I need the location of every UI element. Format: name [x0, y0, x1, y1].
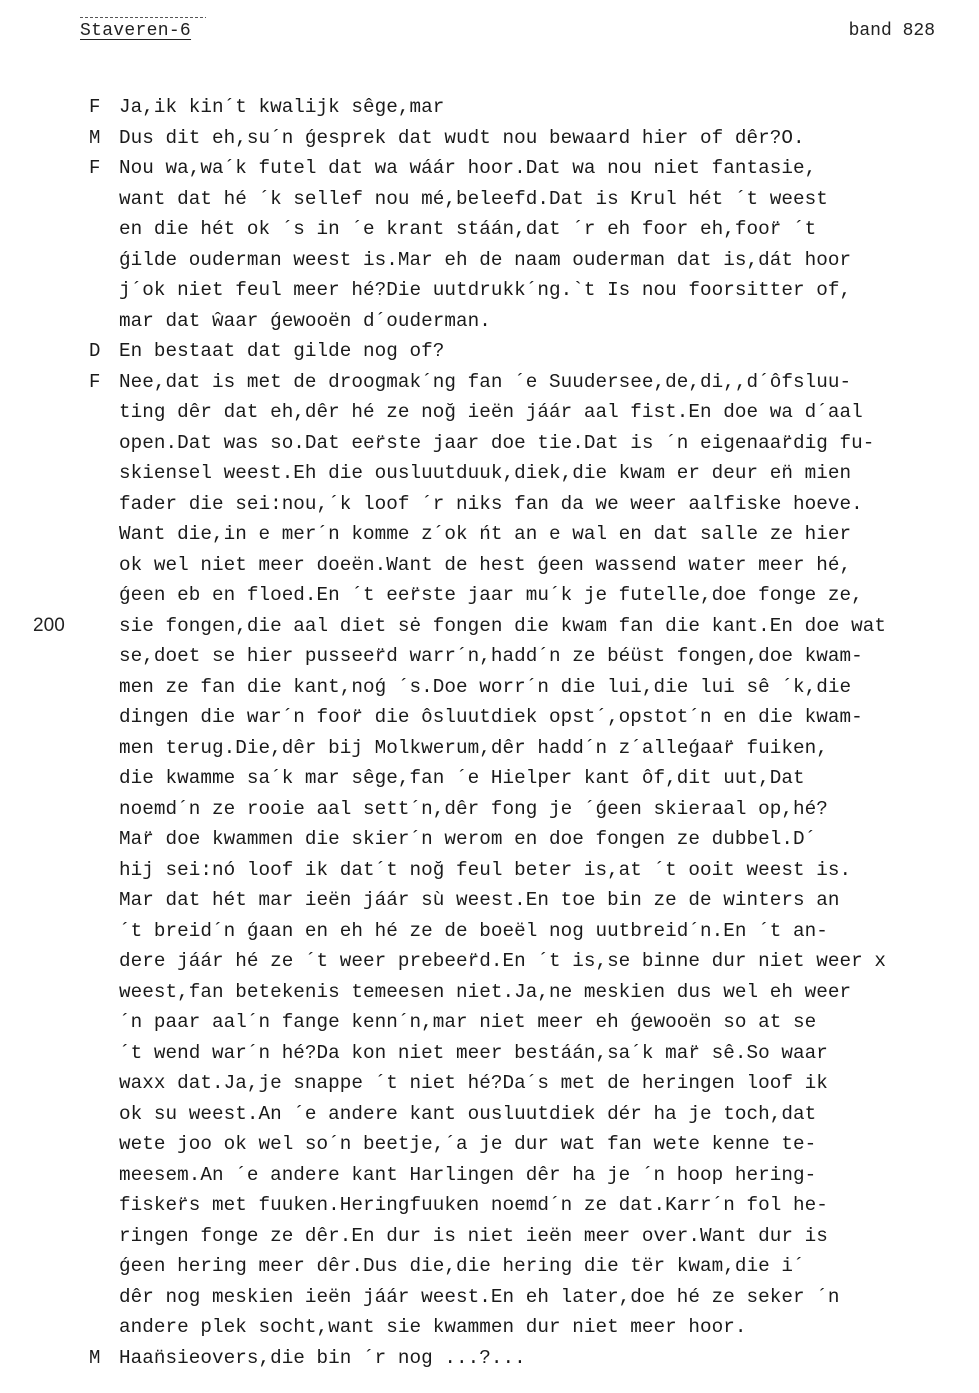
line-text: ǵilde ouderman weest is.Mar eh de naam o… [119, 245, 851, 276]
transcript-line: Mar dat hét mar ieën jáár sù weest.En to… [0, 885, 979, 916]
transcript-line: ting dêr dat eh,dêr hé ze noğ ieën jáár … [0, 397, 979, 428]
transcript-line: Want die,in e mer´n komme z´ok ńt an e w… [0, 519, 979, 550]
transcript-line: ǵeen eb en floed.En ´t eer̈ste jaar mu´k… [0, 580, 979, 611]
speaker-label: F [89, 153, 100, 184]
typewritten-transcript-page: Staveren-6 band 828 FJa,ik kin´t kwalijk… [0, 0, 979, 1393]
line-text: j´ok niet feul meer hé?Die uutdrukk´ng.`… [119, 275, 851, 306]
line-text: open.Dat was so.Dat eer̈ste jaar doe tie… [119, 428, 874, 459]
line-text: dingen die war´n foor̈ die ôsluutdiek op… [119, 702, 863, 733]
transcript-line: waxx dat.Ja,je snappe ´t niet hé?Da´s me… [0, 1068, 979, 1099]
line-text: die kwamme sa´k mar sêge,fan ´e Hielper … [119, 763, 805, 794]
line-text: ´t wend war´n hé?Da kon niet meer bestáá… [119, 1038, 828, 1069]
line-text: En bestaat dat gilde nog of? [119, 336, 444, 367]
line-text: Haan̈sieovers,die bin ´r nog ...?... [119, 1343, 526, 1374]
line-text: fader die sei:nou,´k loof ´r niks fan da… [119, 489, 863, 520]
transcript-line: noemd´n ze rooie aal sett´n,dêr fong je … [0, 794, 979, 825]
speaker-label: M [89, 123, 100, 154]
transcript-line: fisker̈s met fuuken.Heringfuuken noemd´n… [0, 1190, 979, 1221]
line-text: ringen fonge ze dêr.En dur is niet ieën … [119, 1221, 828, 1252]
line-text: meesem.An ´e andere kant Harlingen dêr h… [119, 1160, 816, 1191]
speaker-label: M [89, 1343, 100, 1374]
transcript-body: FJa,ik kin´t kwalijk sêge,marMDus dit eh… [0, 92, 979, 1373]
transcript-line: mar dat ŵaar ǵewooën d´ouderman. [0, 306, 979, 337]
transcript-line: dingen die war´n foor̈ die ôsluutdiek op… [0, 702, 979, 733]
line-text: men ze fan die kant,noǵ ´s.Doe worr´n di… [119, 672, 851, 703]
line-text: ok wel niet meer doeën.Want de hest ǵeen… [119, 550, 851, 581]
transcript-line: FNee,dat is met de droogmak´ng fan ´e Su… [0, 367, 979, 398]
line-text: Mar dat hét mar ieën jáár sù weest.En to… [119, 885, 839, 916]
transcript-line: MDus dit eh,su´n ǵesprek dat wudt nou be… [0, 123, 979, 154]
line-text: mar dat ŵaar ǵewooën d´ouderman. [119, 306, 491, 337]
line-text: Mar̈ doe kwammen die skier´n werom en do… [119, 824, 816, 855]
line-text: ´t breid´n ǵaan en eh hé ze de boeël nog… [119, 916, 828, 947]
line-text: fisker̈s met fuuken.Heringfuuken noemd´n… [119, 1190, 828, 1221]
line-text: ting dêr dat eh,dêr hé ze noğ ieën jáár … [119, 397, 863, 428]
line-text: want dat hé ´k sellef nou mé,beleefd.Dat… [119, 184, 828, 215]
line-text: dere jáár hé ze ´t weer prebeer̈d.En ´t … [119, 946, 886, 977]
transcript-line: se,doet se hier pusseer̈d warr´n,hadd´n … [0, 641, 979, 672]
line-text: andere plek socht,want sie kwammen dur n… [119, 1312, 747, 1343]
transcript-line: j´ok niet feul meer hé?Die uutdrukk´ng.`… [0, 275, 979, 306]
transcript-line: FNou wa,wa´k futel dat wa wáár hoor.Dat … [0, 153, 979, 184]
speaker-label: D [89, 336, 100, 367]
transcript-line: fader die sei:nou,´k loof ´r niks fan da… [0, 489, 979, 520]
line-text: men terug.Die,dêr bij Molkwerum,dêr hadd… [119, 733, 828, 764]
line-text: weest,fan betekenis temeesen niet.Ja,ne … [119, 977, 851, 1008]
line-text: skiensel weest.Eh die ousluutduuk,diek,d… [119, 458, 851, 489]
transcript-line: men terug.Die,dêr bij Molkwerum,dêr hadd… [0, 733, 979, 764]
transcript-line: ok su weest.An ´e andere kant ousluutdie… [0, 1099, 979, 1130]
transcript-line: men ze fan die kant,noǵ ´s.Doe worr´n di… [0, 672, 979, 703]
transcript-line: Mar̈ doe kwammen die skier´n werom en do… [0, 824, 979, 855]
tape-band-number: band 828 [849, 21, 935, 41]
transcript-line: hij sei:nó loof ik dat´t noğ feul beter … [0, 855, 979, 886]
line-text: se,doet se hier pusseer̈d warr´n,hadd´n … [119, 641, 863, 672]
line-text: Ja,ik kin´t kwalijk sêge,mar [119, 92, 444, 123]
line-text: Nou wa,wa´k futel dat wa wáár hoor.Dat w… [119, 153, 816, 184]
speaker-label: F [89, 92, 100, 123]
transcript-line: ´t wend war´n hé?Da kon niet meer bestáá… [0, 1038, 979, 1069]
transcript-line: 200sie fongen,die aal diet sė fongen die… [0, 611, 979, 642]
line-text: ǵeen eb en floed.En ´t eer̈ste jaar mu´k… [119, 580, 863, 611]
transcript-line: skiensel weest.Eh die ousluutduuk,diek,d… [0, 458, 979, 489]
line-text: ´n paar aal´n fange kenn´n,mar niet meer… [119, 1007, 816, 1038]
line-text: en die hét ok ´s in ´e krant stáán,dat ´… [119, 214, 816, 245]
line-text: Dus dit eh,su´n ǵesprek dat wudt nou bew… [119, 123, 805, 154]
line-text: ok su weest.An ´e andere kant ousluutdie… [119, 1099, 816, 1130]
transcript-line: dere jáár hé ze ´t weer prebeer̈d.En ´t … [0, 946, 979, 977]
line-text: ǵeen hering meer dêr.Dus die,die hering … [119, 1251, 805, 1282]
transcript-line: meesem.An ´e andere kant Harlingen dêr h… [0, 1160, 979, 1191]
transcript-line: MHaan̈sieovers,die bin ´r nog ...?... [0, 1343, 979, 1374]
transcript-line: ǵilde ouderman weest is.Mar eh de naam o… [0, 245, 979, 276]
transcript-line: want dat hé ´k sellef nou mé,beleefd.Dat… [0, 184, 979, 215]
line-text: dêr nog meskien ieën jáár weest.En eh la… [119, 1282, 839, 1313]
transcript-line: ringen fonge ze dêr.En dur is niet ieën … [0, 1221, 979, 1252]
transcript-line: DEn bestaat dat gilde nog of? [0, 336, 979, 367]
transcript-line: dêr nog meskien ieën jáár weest.En eh la… [0, 1282, 979, 1313]
line-text: hij sei:nó loof ik dat´t noğ feul beter … [119, 855, 851, 886]
transcript-line: en die hét ok ´s in ´e krant stáán,dat ´… [0, 214, 979, 245]
line-text: noemd´n ze rooie aal sett´n,dêr fong je … [119, 794, 828, 825]
transcript-line: andere plek socht,want sie kwammen dur n… [0, 1312, 979, 1343]
document-title: Staveren-6 [80, 21, 191, 41]
line-text: sie fongen,die aal diet sė fongen die kw… [119, 611, 886, 642]
transcript-line: ǵeen hering meer dêr.Dus die,die hering … [0, 1251, 979, 1282]
line-text: Want die,in e mer´n komme z´ok ńt an e w… [119, 519, 851, 550]
line-text: waxx dat.Ja,je snappe ´t niet hé?Da´s me… [119, 1068, 828, 1099]
transcript-line: wete joo ok wel so´n beetje,´a je dur wa… [0, 1129, 979, 1160]
line-text: Nee,dat is met de droogmak´ng fan ´e Suu… [119, 367, 851, 398]
transcript-line: open.Dat was so.Dat eer̈ste jaar doe tie… [0, 428, 979, 459]
transcript-line: ´n paar aal´n fange kenn´n,mar niet meer… [0, 1007, 979, 1038]
speaker-label: F [89, 367, 100, 398]
transcript-line: FJa,ik kin´t kwalijk sêge,mar [0, 92, 979, 123]
transcript-line: ok wel niet meer doeën.Want de hest ǵeen… [0, 550, 979, 581]
transcript-line: weest,fan betekenis temeesen niet.Ja,ne … [0, 977, 979, 1008]
transcript-line: ´t breid´n ǵaan en eh hé ze de boeël nog… [0, 916, 979, 947]
transcript-line: die kwamme sa´k mar sêge,fan ´e Hielper … [0, 763, 979, 794]
margin-line-number: 200 [33, 611, 65, 642]
line-text: wete joo ok wel so´n beetje,´a je dur wa… [119, 1129, 816, 1160]
